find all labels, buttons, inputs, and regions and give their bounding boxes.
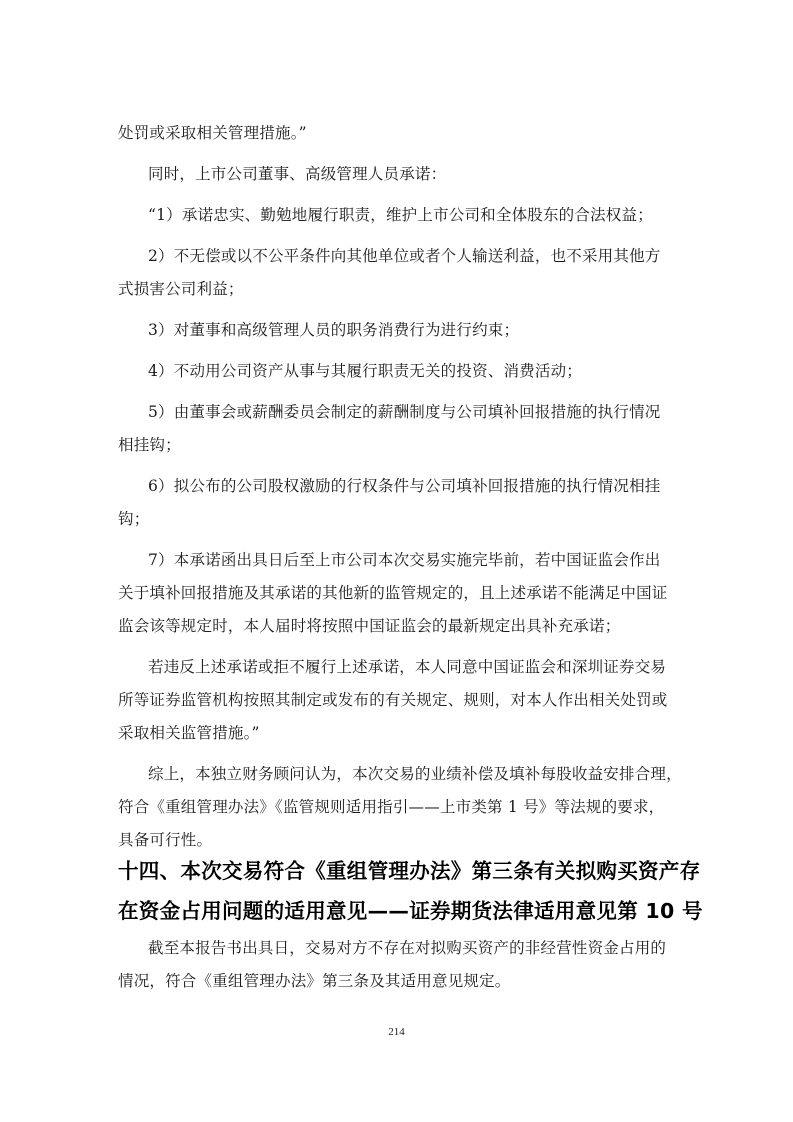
text-line: 监会该等规定时，本人届时将按照中国证监会的最新规定出具补充承诺；: [118, 616, 678, 636]
text-line: 关于填补回报措施及其承诺的其他新的监管规定的，且上述承诺不能满足中国证: [118, 583, 678, 603]
text-line: 6）拟公布的公司股权激励的行权条件与公司填补回报措施的执行情况相挂: [148, 476, 708, 496]
text-line: 所等证券监管机构按照其制定或发布的有关规定、规则，对本人作出相关处罚或: [118, 690, 678, 710]
text-line: 同时，上市公司董事、高级管理人员承诺：: [148, 164, 708, 184]
text-line: 截至本报告书出具日，交易对方不存在对拟购买资产的非经营性资金占用的: [148, 938, 708, 958]
text-line: 采取相关监管措施。”: [118, 723, 678, 743]
text-line: 5）由董事会或薪酬委员会制定的薪酬制度与公司填补回报措施的执行情况: [148, 402, 708, 422]
page-number: 214: [0, 1026, 793, 1038]
text-line: 若违反上述承诺或拒不履行上述承诺，本人同意中国证监会和深圳证券交易: [148, 657, 708, 677]
text-line: 情况，符合《重组管理办法》第三条及其适用意见规定。: [118, 971, 678, 991]
text-line: 7）本承诺函出具日后至上市公司本次交易实施完毕前，若中国证监会作出: [148, 550, 708, 570]
section-heading-line-1: 十四、本次交易符合《重组管理办法》第三条有关拟购买资产存: [118, 858, 680, 884]
text-line: 处罚或采取相关管理措施。”: [118, 123, 678, 143]
text-line: 具备可行性。: [118, 830, 678, 850]
text-line: 钩；: [118, 509, 678, 529]
text-line: “1）承诺忠实、勤勉地履行职责，维护上市公司和全体股东的合法权益；: [148, 205, 708, 225]
text-line: 符合《重组管理办法》《监管规则适用指引——上市类第 1 号》等法规的要求，: [118, 797, 678, 817]
section-heading-line-2: 在资金占用问题的适用意见——证券期货法律适用意见第 10 号: [118, 898, 680, 924]
text-line: 相挂钩；: [118, 435, 678, 455]
text-line: 式损害公司利益；: [118, 279, 678, 299]
text-line: 3）对董事和高级管理人员的职务消费行为进行约束；: [148, 320, 708, 340]
text-line: 2）不无偿或以不公平条件向其他单位或者个人输送利益，也不采用其他方: [148, 246, 708, 266]
text-line: 综上，本独立财务顾问认为，本次交易的业绩补偿及填补每股收益安排合理，: [148, 764, 708, 784]
document-page: 处罚或采取相关管理措施。”同时，上市公司董事、高级管理人员承诺：“1）承诺忠实、…: [0, 0, 793, 1122]
text-line: 4）不动用公司资产从事与其履行职责无关的投资、消费活动；: [148, 361, 708, 381]
